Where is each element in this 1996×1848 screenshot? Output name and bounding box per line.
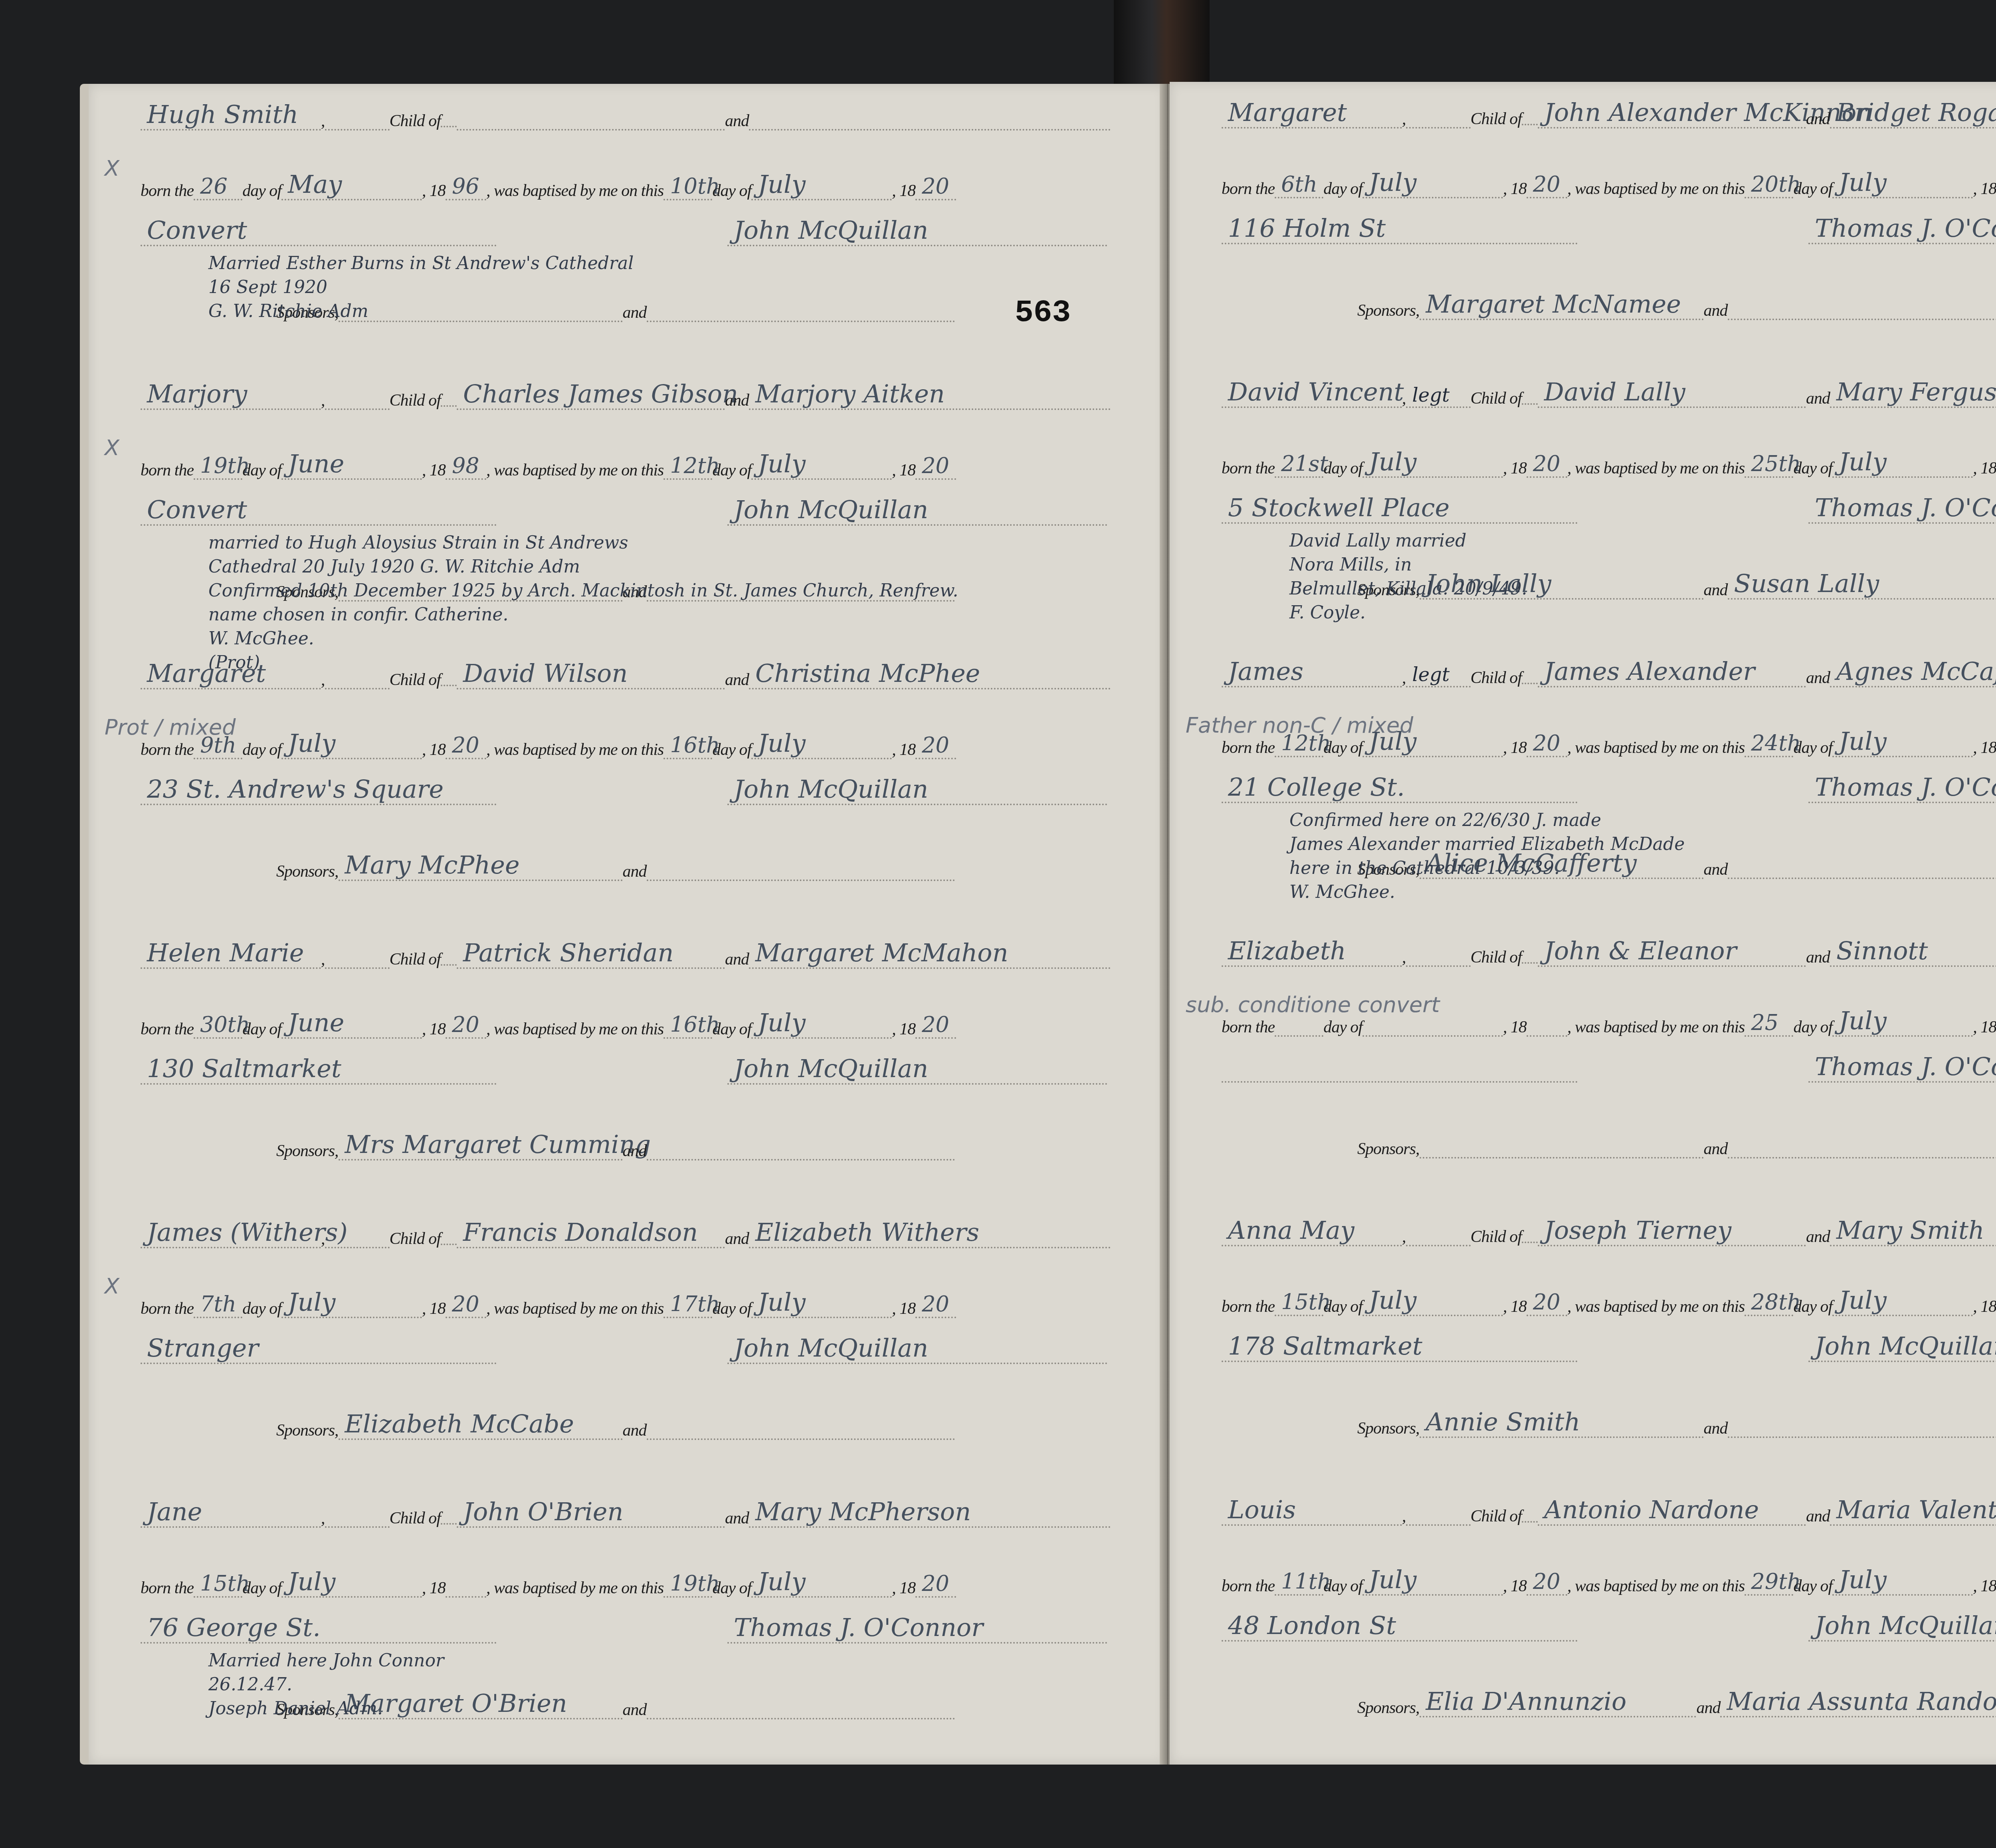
annotation-note: Joseph Daniel Adm.: [208, 1697, 1087, 1721]
child-name: Helen Marie: [143, 938, 308, 967]
sponsor-2: [1730, 1407, 1738, 1436]
birth-month: July: [1365, 168, 1421, 197]
annotation-note: Confirmed here on 22/6/30 J. made: [1289, 808, 1996, 832]
father-name: Patrick Sheridan: [459, 938, 677, 967]
birth-month: July: [284, 729, 340, 758]
sponsor-1: Elizabeth McCabe: [341, 1409, 578, 1438]
annotation-note: Married Esther Burns in St Andrew's Cath…: [208, 252, 1087, 275]
label-child-of: Child of: [390, 1509, 441, 1528]
mother-name: Bridget Rogan: [1832, 98, 1996, 127]
address-line: Stranger: [141, 1333, 500, 1364]
mother-name: Mary Fergus: [1832, 377, 1996, 406]
legitimacy: [1408, 1502, 1416, 1524]
birth-day: 9th: [196, 733, 240, 758]
baptism-day: 25: [1747, 1010, 1782, 1035]
birth-month: July: [1365, 447, 1421, 476]
legitimacy: legt: [1408, 384, 1454, 406]
mother-name: Elizabeth Withers: [751, 1218, 983, 1247]
annotations: Married here John Connor26.12.47.Joseph …: [208, 1649, 1087, 1721]
baptism-entry-6: Louis , Child of Antonio Nardone and Mar…: [1170, 1479, 1996, 1759]
sponsor-2: [649, 1409, 657, 1438]
address: 76 George St.: [143, 1613, 325, 1642]
baptism-month: July: [1835, 1565, 1891, 1594]
label-child-of: Child of: [390, 391, 441, 410]
annotation-note: F. Coyle.: [1289, 601, 1996, 625]
birth-baptism-line: born the 12th day of July , 18 20 , was …: [1222, 727, 1996, 757]
legitimacy: [327, 107, 335, 129]
mother-name: Margaret McMahon: [751, 938, 1012, 967]
priest-line: Thomas J. O'Connor: [1808, 772, 1996, 803]
address: 116 Holm St: [1224, 214, 1390, 243]
sponsor-2: [1730, 1128, 1738, 1157]
sponsors-line: Sponsors, Margaret McNamee and: [1357, 289, 1996, 320]
priest-signature: John McQuillan: [730, 216, 932, 245]
birth-year: 20: [1529, 451, 1564, 476]
birth-baptism-line: born the 7th day of July , 18 20 , was b…: [141, 1287, 1111, 1318]
child-line: James (Withers) , Child of Francis Donal…: [141, 1218, 1111, 1248]
baptism-entry-6: Jane , Child of John O'Brien and Mary Mc…: [89, 1481, 1166, 1761]
birth-month: July: [1365, 727, 1421, 756]
father-name: [459, 100, 467, 129]
baptism-month: July: [754, 1287, 810, 1317]
annotation-note: W. McGhee.: [1289, 880, 1996, 904]
sponsor-1: Mrs Margaret Cumming: [341, 1130, 655, 1159]
priest-signature: John McQuillan: [730, 1054, 932, 1083]
child-line: Margaret , Child of John Alexander McKin…: [1222, 98, 1996, 129]
annotation-note: 16 Sept 1920: [208, 275, 1087, 299]
legitimacy: legt: [1408, 664, 1454, 686]
address-line: 116 Holm St: [1222, 214, 1581, 244]
child-name: David Vincent: [1224, 377, 1408, 406]
priest-line: John McQuillan: [1808, 1611, 1996, 1642]
address: Convert: [143, 495, 251, 524]
baptism-entry-1: X Hugh Smith , Child of and born the 26 …: [89, 84, 1166, 363]
annotations: Married Esther Burns in St Andrew's Cath…: [208, 252, 1087, 323]
baptism-entry-5: Anna May , Child of Joseph Tierney and M…: [1170, 1200, 1996, 1479]
address-line: 23 St. Andrew's Square: [141, 774, 500, 805]
priest-line: Thomas J. O'Connor: [1808, 214, 1996, 244]
priest-signature: Thomas J. O'Connor: [730, 1613, 987, 1642]
birth-baptism-line: born the 30th day of June , 18 20 , was …: [141, 1008, 1111, 1039]
child-line: Elizabeth , Child of John & Eleanor and …: [1222, 936, 1996, 967]
child-name: Anna May: [1224, 1216, 1358, 1245]
annotation-note: Cathedral 20 July 1920 G. W. Ritchie Adm: [208, 555, 1087, 579]
label-child-of: Child of: [390, 111, 441, 131]
priest-signature: John McQuillan: [730, 495, 932, 524]
sponsor-2: [649, 850, 657, 879]
book-spine: [1114, 0, 1210, 92]
baptism-month: July: [1835, 447, 1891, 476]
birth-year: 20: [1529, 731, 1564, 756]
baptism-entry-5: X James (Withers) , Child of Francis Don…: [89, 1202, 1166, 1481]
baptism-month: July: [754, 1008, 810, 1037]
child-line: Margaret , Child of David Wilson and Chr…: [141, 659, 1111, 689]
margin-mark: X: [105, 1274, 119, 1299]
label-child-of: Child of: [1471, 389, 1522, 408]
sponsor-1: [1422, 1128, 1430, 1157]
baptism-year: 20: [918, 733, 953, 758]
label-child-of: Child of: [1471, 668, 1522, 687]
mother-name: Sinnott: [1832, 936, 1932, 965]
baptism-entry-4: Helen Marie , Child of Patrick Sheridan …: [89, 922, 1166, 1202]
label-and: and: [1806, 389, 1830, 408]
baptism-entry-2: X Marjory , Child of Charles James Gibso…: [89, 363, 1166, 643]
birth-baptism-line: born the 15th day of July , 18 20 , was …: [1222, 1285, 1996, 1316]
label-child-of: Child of: [1471, 1507, 1522, 1526]
legitimacy: [1408, 1222, 1416, 1245]
margin-mark: X: [105, 156, 119, 181]
priest-signature: John McQuillan: [730, 1333, 932, 1363]
left-page: 563 X Hugh Smith , Child of and born the…: [80, 84, 1166, 1765]
address-line: Convert: [141, 495, 500, 526]
child-line: Marjory , Child of Charles James Gibson …: [141, 379, 1111, 410]
birth-month: July: [284, 1287, 340, 1317]
mother-name: Agnes McCafferty: [1832, 657, 1996, 686]
priest-line: John McQuillan: [727, 1054, 1111, 1085]
priest-line: John McQuillan: [727, 774, 1111, 805]
birth-day: 26: [196, 174, 232, 199]
birth-year: 20: [1529, 1569, 1564, 1594]
father-name: John O'Brien: [459, 1497, 627, 1526]
legitimacy: [1408, 105, 1416, 127]
baptism-year: 20: [918, 1012, 953, 1037]
priest-signature: John McQuillan: [1811, 1331, 1996, 1361]
birth-baptism-line: born the 15th day of July , 18 , was bap…: [141, 1567, 1111, 1598]
sponsors-line: Sponsors, Elia D'Annunzio and Maria Assu…: [1357, 1687, 1996, 1717]
address: 5 Stockwell Place: [1224, 493, 1453, 522]
priest-line: John McQuillan: [1808, 1331, 1996, 1362]
baptism-entry-4: sub. conditione convert Elizabeth , Chil…: [1170, 920, 1996, 1200]
address-line: [1222, 1052, 1581, 1083]
address: Stranger: [143, 1333, 263, 1363]
legitimacy: [327, 386, 335, 408]
birth-day: 7th: [196, 1291, 240, 1317]
priest-signature: John McQuillan: [1811, 1611, 1996, 1640]
birth-year: 98: [448, 453, 483, 478]
father-name: Charles James Gibson: [459, 379, 742, 408]
father-name: James Alexander: [1540, 657, 1759, 686]
priest-line: John McQuillan: [727, 216, 1111, 246]
birth-baptism-line: born the day of , 18 , was baptised by m…: [1222, 1006, 1996, 1037]
annotation-note: here in the Cathedral 10/3/39.: [1289, 856, 1996, 880]
child-name: Hugh Smith: [143, 100, 302, 129]
priest-line: Thomas J. O'Connor: [1808, 493, 1996, 524]
baptism-month: July: [754, 170, 810, 199]
annotation-note: Nora Mills, in: [1289, 553, 1996, 577]
child-name: James (Withers): [143, 1218, 352, 1247]
birth-year: 96: [448, 174, 483, 199]
label-child-of: Child of: [1471, 1227, 1522, 1246]
legitimacy: [327, 1504, 335, 1526]
address-line: 48 London St: [1222, 1611, 1581, 1642]
priest-signature: Thomas J. O'Connor: [1811, 493, 1996, 522]
birth-year: 20: [448, 733, 483, 758]
father-name: Joseph Tierney: [1540, 1216, 1735, 1245]
birth-month: July: [1365, 1285, 1421, 1315]
legitimacy: [1408, 943, 1416, 965]
label-and: and: [1806, 1227, 1830, 1246]
baptism-month: July: [1835, 1006, 1891, 1035]
label-and: and: [1806, 948, 1830, 967]
father-name: Francis Donaldson: [459, 1218, 702, 1247]
birth-baptism-line: born the 26 day of May , 18 96 , was bap…: [141, 170, 1111, 200]
birth-month: May: [284, 170, 346, 199]
child-line: Anna May , Child of Joseph Tierney and M…: [1222, 1216, 1996, 1246]
birth-year: [448, 1571, 456, 1596]
birth-day: [1277, 1010, 1285, 1035]
label-child-of: Child of: [1471, 948, 1522, 967]
priest-line: Thomas J. O'Connor: [1808, 1052, 1996, 1083]
father-name: John & Eleanor: [1540, 936, 1741, 965]
child-line: Louis , Child of Antonio Nardone and Mar…: [1222, 1495, 1996, 1526]
birth-baptism-line: born the 6th day of July , 18 20 , was b…: [1222, 168, 1996, 198]
label-and: and: [725, 1509, 749, 1528]
address: 23 St. Andrew's Square: [143, 774, 448, 804]
sponsor-2: [649, 1130, 657, 1159]
sponsors-line: Sponsors, Annie Smith and: [1357, 1407, 1996, 1438]
address: 178 Saltmarket: [1224, 1331, 1426, 1361]
priest-line: Thomas J. O'Connor: [727, 1613, 1111, 1644]
annotation-note: Confirmed 10th December 1925 by Arch. Ma…: [208, 579, 1087, 603]
baptism-month: July: [754, 449, 810, 478]
child-name: Margaret: [1224, 98, 1351, 127]
birth-month: June: [284, 449, 348, 478]
baptism-entry-3: Father non-C / mixed James , legt Child …: [1170, 641, 1996, 920]
birth-month: July: [1365, 1565, 1421, 1594]
mother-name: Maria Valente: [1832, 1495, 1996, 1524]
baptism-month: July: [1835, 727, 1891, 756]
baptism-year: 20: [918, 1291, 953, 1317]
address: [1224, 1052, 1232, 1081]
priest-signature: John McQuillan: [730, 774, 932, 804]
sponsor-1: Annie Smith: [1422, 1407, 1584, 1436]
child-line: Hugh Smith , Child of and: [141, 100, 1111, 131]
legitimacy: [327, 1224, 335, 1247]
baptism-year: 20: [918, 453, 953, 478]
baptism-year: 20: [918, 174, 953, 199]
annotation-note: Belmullet, Killala. 20/9/49.: [1289, 577, 1996, 601]
sponsors-line: Sponsors, and: [1357, 1128, 1996, 1159]
birth-baptism-line: born the 11th day of July , 18 20 , was …: [1222, 1565, 1996, 1596]
label-and: and: [1806, 668, 1830, 687]
label-and: and: [725, 670, 749, 689]
birth-year: [1529, 1010, 1537, 1035]
father-name: David Wilson: [459, 659, 632, 688]
birth-year: 20: [1529, 172, 1564, 197]
label-child-of: Child of: [1471, 109, 1522, 129]
annotation-note: name chosen in confir. Catherine.: [208, 603, 1087, 627]
label-child-of: Child of: [390, 670, 441, 689]
birth-month: [1365, 1006, 1373, 1035]
child-line: Jane , Child of John O'Brien and Mary Mc…: [141, 1497, 1111, 1528]
baptism-month: July: [754, 729, 810, 758]
annotation-note: Married here John Connor: [208, 1649, 1087, 1673]
address: 21 College St.: [1224, 772, 1409, 802]
annotation-note: David Lally married: [1289, 529, 1996, 553]
baptism-month: July: [754, 1567, 810, 1596]
child-line: James , legt Child of James Alexander an…: [1222, 657, 1996, 687]
sponsor-2: [1730, 289, 1738, 319]
mother-name: [751, 100, 759, 129]
address-line: 21 College St.: [1222, 772, 1581, 803]
father-name: Antonio Nardone: [1540, 1495, 1763, 1524]
annotations: David Lally marriedNora Mills, inBelmull…: [1289, 529, 1996, 625]
child-name: Louis: [1224, 1495, 1300, 1524]
address: 48 London St: [1224, 1611, 1400, 1640]
birth-baptism-line: born the 21st day of July , 18 20 , was …: [1222, 447, 1996, 478]
birth-year: 20: [448, 1291, 483, 1317]
baptism-month: July: [1835, 168, 1891, 197]
annotations: Confirmed here on 22/6/30 J. madeJames A…: [1289, 808, 1996, 904]
legitimacy: [327, 945, 335, 967]
label-child-of: Child of: [390, 1229, 441, 1248]
sponsor-2: Maria Assunta Randolfo: [1723, 1687, 1996, 1716]
baptism-month: July: [1835, 1285, 1891, 1315]
child-line: Helen Marie , Child of Patrick Sheridan …: [141, 938, 1111, 969]
label-and: and: [725, 391, 749, 410]
annotation-note: married to Hugh Aloysius Strain in St An…: [208, 531, 1087, 555]
child-line: David Vincent , legt Child of David Lall…: [1222, 377, 1996, 408]
priest-signature: Thomas J. O'Connor: [1811, 214, 1996, 243]
sponsors-line: Sponsors, Mary McPhee and: [276, 850, 955, 881]
mother-name: Mary Smith: [1832, 1216, 1988, 1245]
sponsors-line: Sponsors, Mrs Margaret Cumming and: [276, 1130, 955, 1161]
address-line: 178 Saltmarket: [1222, 1331, 1581, 1362]
address: 130 Saltmarket: [143, 1054, 345, 1083]
priest-signature: Thomas J. O'Connor: [1811, 1052, 1996, 1081]
address-line: 76 George St.: [141, 1613, 500, 1644]
annotation-note: 26.12.47.: [208, 1673, 1087, 1697]
label-and: and: [725, 950, 749, 969]
legitimacy: [327, 666, 335, 688]
mother-name: Mary McPherson: [751, 1497, 975, 1526]
baptism-year: 20: [918, 1571, 953, 1596]
baptism-entry-2: David Vincent , legt Child of David Lall…: [1170, 361, 1996, 641]
label-child-of: Child of: [390, 950, 441, 969]
sponsor-1: Mary McPhee: [341, 850, 524, 879]
mother-name: Marjory Aitken: [751, 379, 949, 408]
child-name: Margaret: [143, 659, 270, 688]
priest-line: John McQuillan: [727, 495, 1111, 526]
margin-mark: X: [105, 435, 119, 460]
child-name: Elizabeth: [1224, 936, 1350, 965]
annotation-note: James Alexander married Elizabeth McDade: [1289, 832, 1996, 856]
priest-signature: Thomas J. O'Connor: [1811, 772, 1996, 802]
priest-line: John McQuillan: [727, 1333, 1111, 1364]
child-name: Jane: [143, 1497, 206, 1526]
mother-name: Christina McPhee: [751, 659, 984, 688]
birth-day: 6th: [1277, 172, 1321, 197]
label-and: and: [1806, 1507, 1830, 1526]
father-name: David Lally: [1540, 377, 1689, 406]
right-page: 564 Margaret , Child of John Alexander M…: [1170, 82, 1996, 1765]
birth-month: July: [284, 1567, 340, 1596]
label-and: and: [1806, 109, 1830, 129]
child-name: Marjory: [143, 379, 251, 408]
child-name: James: [1224, 657, 1307, 686]
baptism-entry-3: Prot / mixed Margaret , Child of David W…: [89, 643, 1166, 922]
address-line: 5 Stockwell Place: [1222, 493, 1581, 524]
birth-baptism-line: born the 19th day of June , 18 98 , was …: [141, 449, 1111, 480]
label-and: and: [725, 1229, 749, 1248]
birth-year: 20: [448, 1012, 483, 1037]
address-line: Convert: [141, 216, 500, 246]
label-and: and: [725, 111, 749, 131]
birth-baptism-line: born the 9th day of July , 18 20 , was b…: [141, 729, 1111, 759]
birth-year: 20: [1529, 1289, 1564, 1315]
birth-month: June: [284, 1008, 348, 1037]
baptism-entry-1: Margaret , Child of John Alexander McKin…: [1170, 82, 1996, 361]
sponsors-line: Sponsors, Elizabeth McCabe and: [276, 1409, 955, 1440]
sponsor-1: Elia D'Annunzio: [1422, 1687, 1631, 1716]
address: Convert: [143, 216, 251, 245]
address-line: 130 Saltmarket: [141, 1054, 500, 1085]
sponsor-1: Margaret McNamee: [1422, 289, 1685, 319]
annotation-note: G. W. Ritchie Adm: [208, 299, 1087, 323]
